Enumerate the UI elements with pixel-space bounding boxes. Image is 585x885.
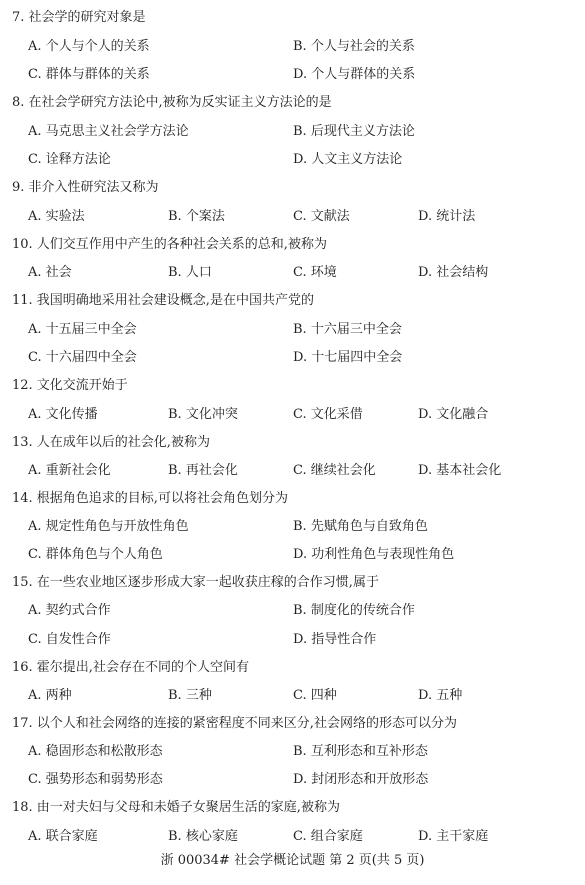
question-9-stem: 9. 非介入性研究法又称为 bbox=[12, 178, 585, 198]
option-15b: B. 制度化的传统合作 bbox=[293, 601, 415, 621]
question-16-stem: 16. 霍尔提出,社会存在不同的个人空间有 bbox=[12, 658, 585, 678]
option-10a: A. 社会 bbox=[28, 263, 72, 283]
option-12c: C. 文化采借 bbox=[293, 405, 363, 425]
option-13a: A. 重新社会化 bbox=[28, 461, 111, 481]
option-13c: C. 继续社会化 bbox=[293, 461, 376, 481]
question-13-stem: 13. 人在成年以后的社会化,被称为 bbox=[12, 433, 585, 453]
question-8-options-row-1: A. 马克思主义社会学方法论 B. 后现代主义方法论 bbox=[0, 122, 585, 142]
question-12-options: A. 文化传播 B. 文化冲突 C. 文化采借 D. 文化融合 bbox=[0, 405, 585, 425]
page-footer: 浙 00034# 社会学概论试题 第 2 页(共 5 页) bbox=[0, 851, 585, 871]
option-9d: D. 统计法 bbox=[418, 207, 475, 227]
option-8b: B. 后现代主义方法论 bbox=[293, 122, 415, 142]
option-16d: D. 五种 bbox=[418, 686, 462, 706]
option-8c: C. 诠释方法论 bbox=[28, 150, 111, 170]
option-17c: C. 强势形态和弱势形态 bbox=[28, 770, 163, 790]
option-7c: C. 群体与群体的关系 bbox=[28, 65, 150, 85]
question-10-stem: 10. 人们交互作用中产生的各种社会关系的总和,被称为 bbox=[12, 235, 585, 255]
option-17b: B. 互利形态和互补形态 bbox=[293, 742, 428, 762]
option-16b: B. 三种 bbox=[168, 686, 212, 706]
question-11-options-row-1: A. 十五届三中全会 B. 十六届三中全会 bbox=[0, 320, 585, 340]
option-8a: A. 马克思主义社会学方法论 bbox=[28, 122, 189, 142]
question-10-options: A. 社会 B. 人口 C. 环境 D. 社会结构 bbox=[0, 263, 585, 283]
option-7d: D. 个人与群体的关系 bbox=[293, 65, 415, 85]
option-7a: A. 个人与个人的关系 bbox=[28, 37, 150, 57]
option-12a: A. 文化传播 bbox=[28, 405, 98, 425]
option-12b: B. 文化冲突 bbox=[168, 405, 238, 425]
question-9-options: A. 实验法 B. 个案法 C. 文献法 D. 统计法 bbox=[0, 207, 585, 227]
option-15a: A. 契约式合作 bbox=[28, 601, 111, 621]
option-11a: A. 十五届三中全会 bbox=[28, 320, 137, 340]
question-7-stem: 7. 社会学的研究对象是 bbox=[12, 8, 585, 28]
option-12d: D. 文化融合 bbox=[418, 405, 488, 425]
question-14-options-row-1: A. 规定性角色与开放性角色 B. 先赋角色与自致角色 bbox=[0, 517, 585, 537]
question-17-options-row-2: C. 强势形态和弱势形态 D. 封闭形态和开放形态 bbox=[0, 770, 585, 790]
option-10b: B. 人口 bbox=[168, 263, 212, 283]
option-9a: A. 实验法 bbox=[28, 207, 85, 227]
question-7-options-row-1: A. 个人与个人的关系 B. 个人与社会的关系 bbox=[0, 37, 585, 57]
option-8d: D. 人文主义方法论 bbox=[293, 150, 402, 170]
option-16a: A. 两种 bbox=[28, 686, 72, 706]
question-8-stem: 8. 在社会学研究方法论中,被称为反实证主义方法论的是 bbox=[12, 93, 585, 113]
option-17a: A. 稳固形态和松散形态 bbox=[28, 742, 163, 762]
option-11d: D. 十七届四中全会 bbox=[293, 348, 402, 368]
option-13b: B. 再社会化 bbox=[168, 461, 238, 481]
option-14b: B. 先赋角色与自致角色 bbox=[293, 517, 428, 537]
question-14-options-row-2: C. 群体角色与个人角色 D. 功利性角色与表现性角色 bbox=[0, 545, 585, 565]
option-13d: D. 基本社会化 bbox=[418, 461, 501, 481]
option-10d: D. 社会结构 bbox=[418, 263, 488, 283]
option-11c: C. 十六届四中全会 bbox=[28, 348, 137, 368]
option-10c: C. 环境 bbox=[293, 263, 337, 283]
question-12-stem: 12. 文化交流开始于 bbox=[12, 376, 585, 396]
option-18c: C. 组合家庭 bbox=[293, 827, 363, 847]
question-11-options-row-2: C. 十六届四中全会 D. 十七届四中全会 bbox=[0, 348, 585, 368]
option-9b: B. 个案法 bbox=[168, 207, 225, 227]
option-15d: D. 指导性合作 bbox=[293, 630, 376, 650]
option-11b: B. 十六届三中全会 bbox=[293, 320, 402, 340]
option-15c: C. 自发性合作 bbox=[28, 630, 111, 650]
question-16-options: A. 两种 B. 三种 C. 四种 D. 五种 bbox=[0, 686, 585, 706]
question-15-options-row-2: C. 自发性合作 D. 指导性合作 bbox=[0, 630, 585, 650]
question-8-options-row-2: C. 诠释方法论 D. 人文主义方法论 bbox=[0, 150, 585, 170]
option-16c: C. 四种 bbox=[293, 686, 337, 706]
question-18-stem: 18. 由一对夫妇与父母和未婚子女聚居生活的家庭,被称为 bbox=[12, 798, 585, 818]
question-11-stem: 11. 我国明确地采用社会建设概念,是在中国共产党的 bbox=[12, 291, 585, 311]
exam-page: 7. 社会学的研究对象是 A. 个人与个人的关系 B. 个人与社会的关系 C. … bbox=[0, 0, 585, 885]
question-18-options: A. 联合家庭 B. 核心家庭 C. 组合家庭 D. 主干家庭 bbox=[0, 827, 585, 847]
option-18d: D. 主干家庭 bbox=[418, 827, 488, 847]
question-13-options: A. 重新社会化 B. 再社会化 C. 继续社会化 D. 基本社会化 bbox=[0, 461, 585, 481]
question-17-stem: 17. 以个人和社会网络的连接的紧密程度不同来区分,社会网络的形态可以分为 bbox=[12, 714, 585, 734]
question-14-stem: 14. 根据角色追求的目标,可以将社会角色划分为 bbox=[12, 489, 585, 509]
option-14c: C. 群体角色与个人角色 bbox=[28, 545, 163, 565]
option-14a: A. 规定性角色与开放性角色 bbox=[28, 517, 189, 537]
option-18a: A. 联合家庭 bbox=[28, 827, 98, 847]
question-7-options-row-2: C. 群体与群体的关系 D. 个人与群体的关系 bbox=[0, 65, 585, 85]
question-17-options-row-1: A. 稳固形态和松散形态 B. 互利形态和互补形态 bbox=[0, 742, 585, 762]
question-15-options-row-1: A. 契约式合作 B. 制度化的传统合作 bbox=[0, 601, 585, 621]
option-7b: B. 个人与社会的关系 bbox=[293, 37, 415, 57]
option-17d: D. 封闭形态和开放形态 bbox=[293, 770, 428, 790]
option-18b: B. 核心家庭 bbox=[168, 827, 238, 847]
question-15-stem: 15. 在一些农业地区逐步形成大家一起收获庄稼的合作习惯,属于 bbox=[12, 573, 585, 593]
option-9c: C. 文献法 bbox=[293, 207, 350, 227]
option-14d: D. 功利性角色与表现性角色 bbox=[293, 545, 454, 565]
